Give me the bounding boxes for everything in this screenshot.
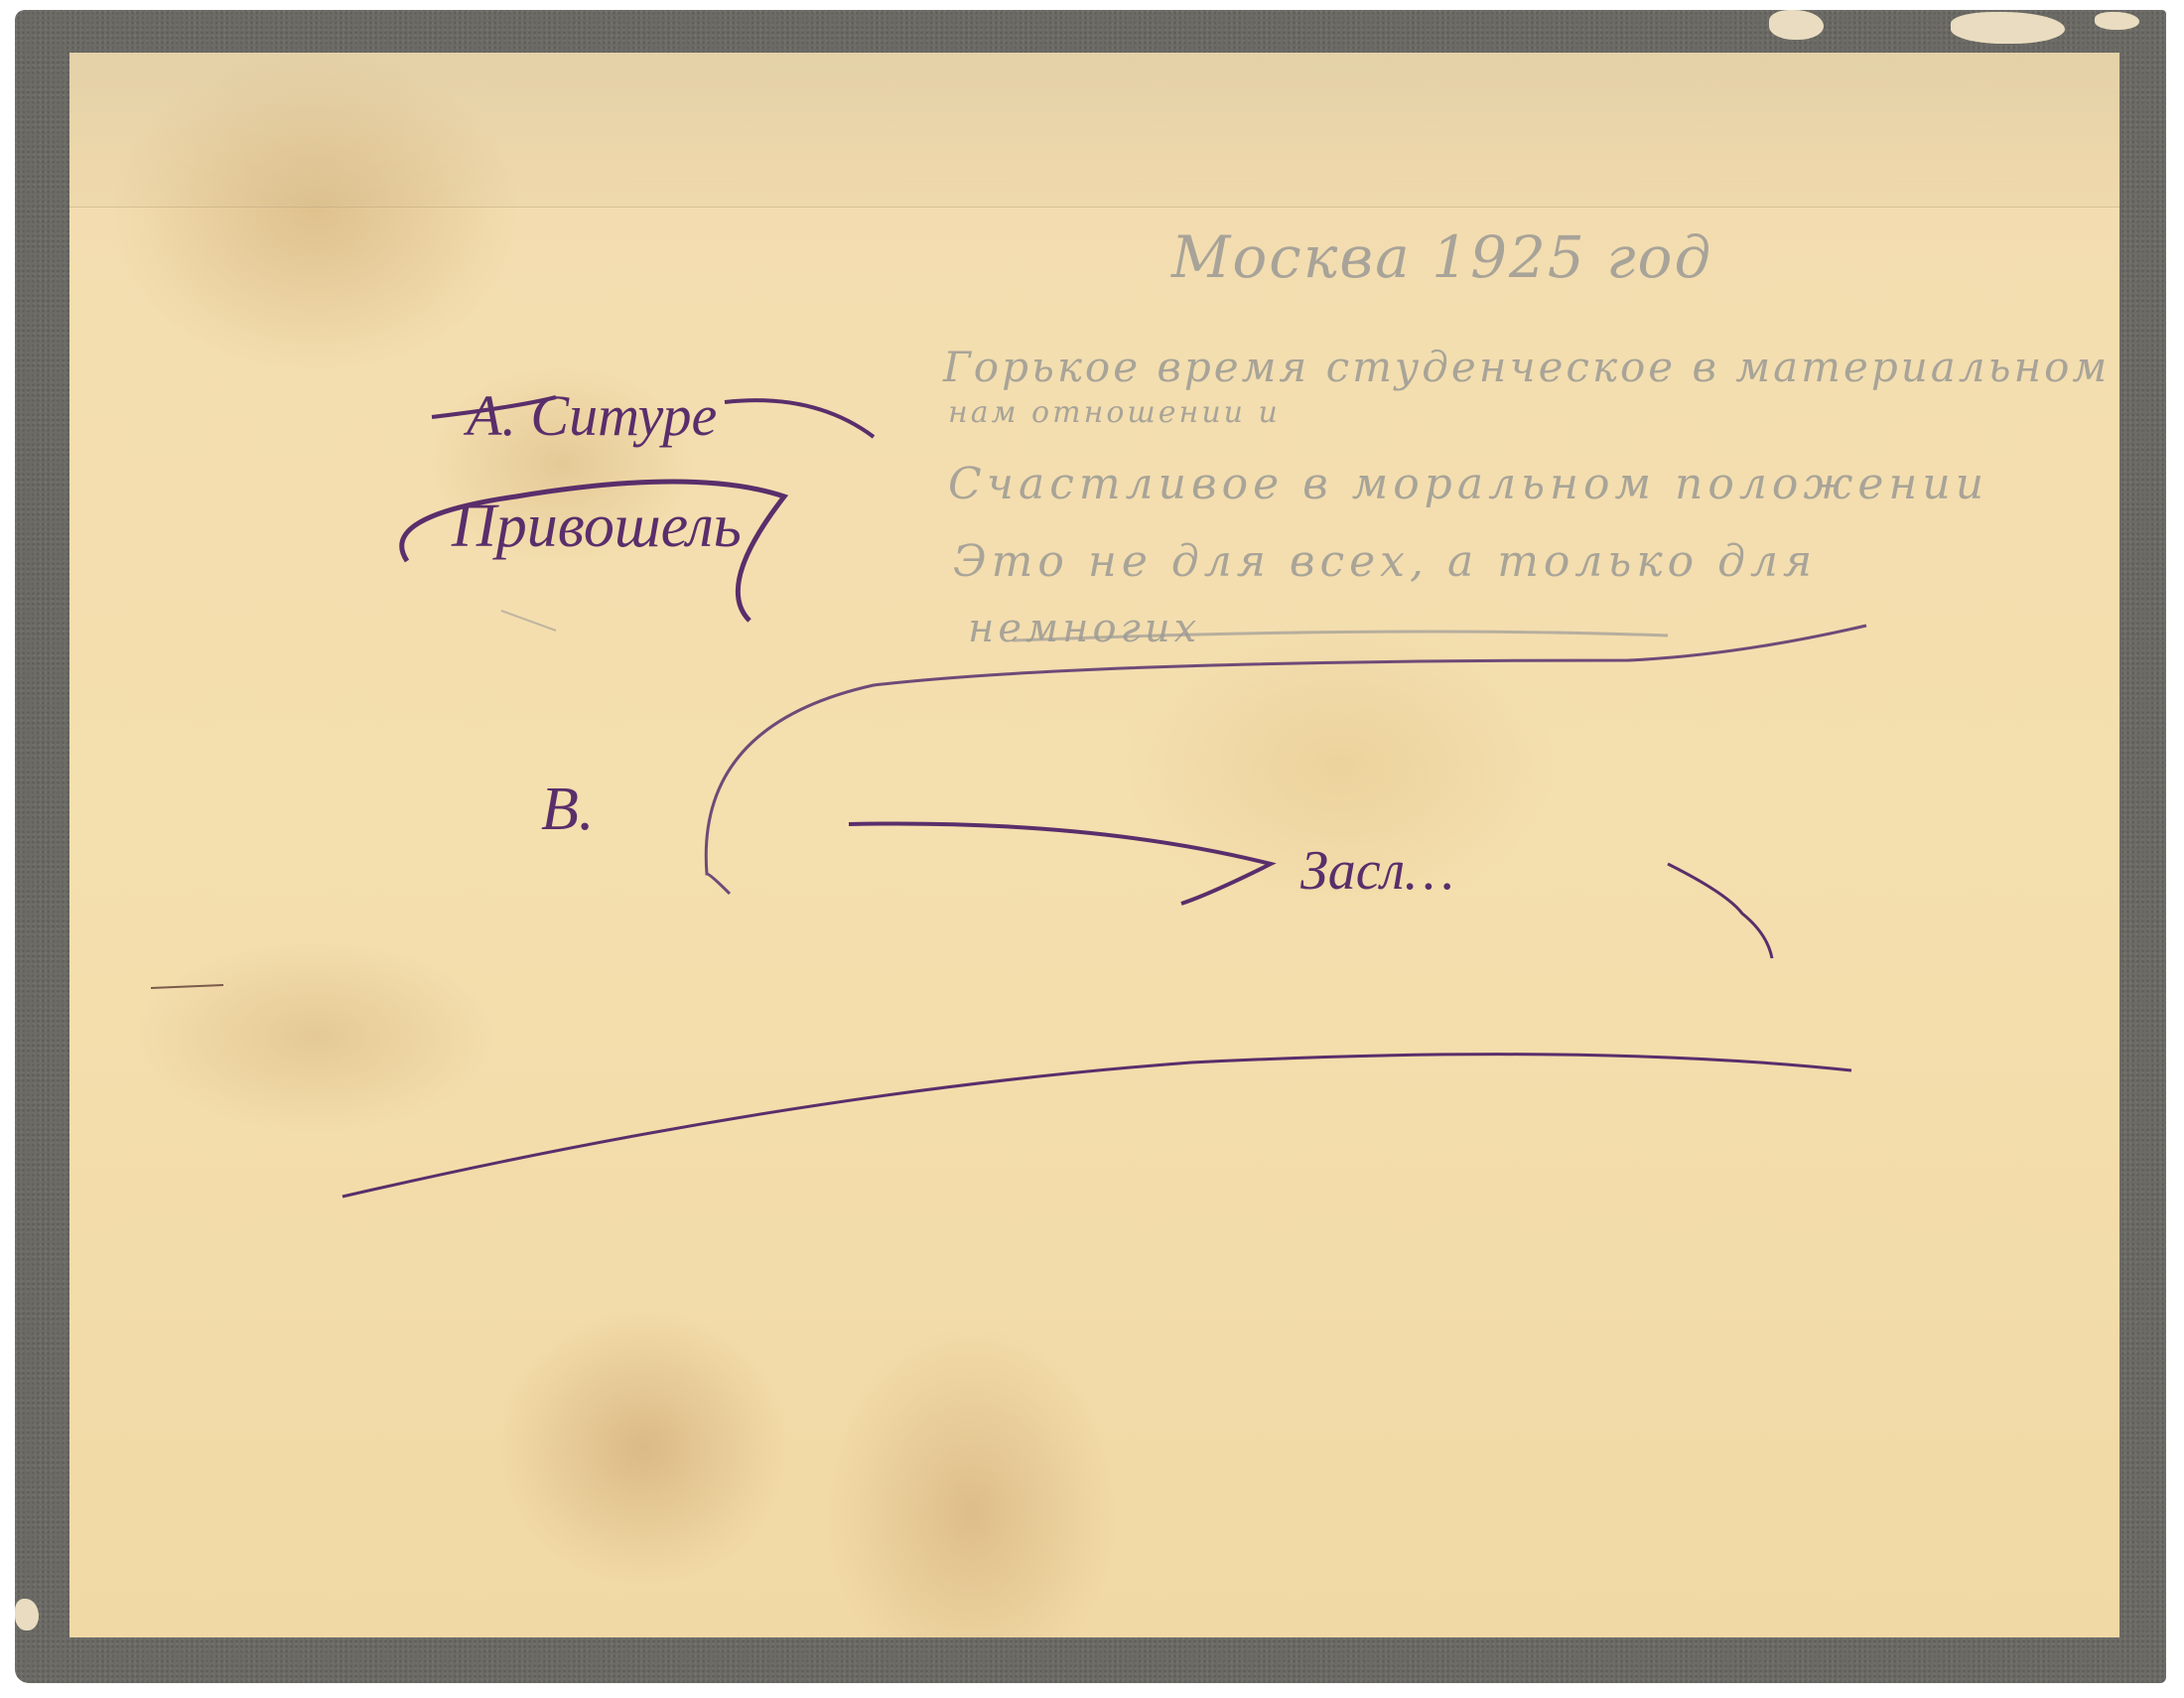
signature-flourishes [0, 0, 2184, 1698]
